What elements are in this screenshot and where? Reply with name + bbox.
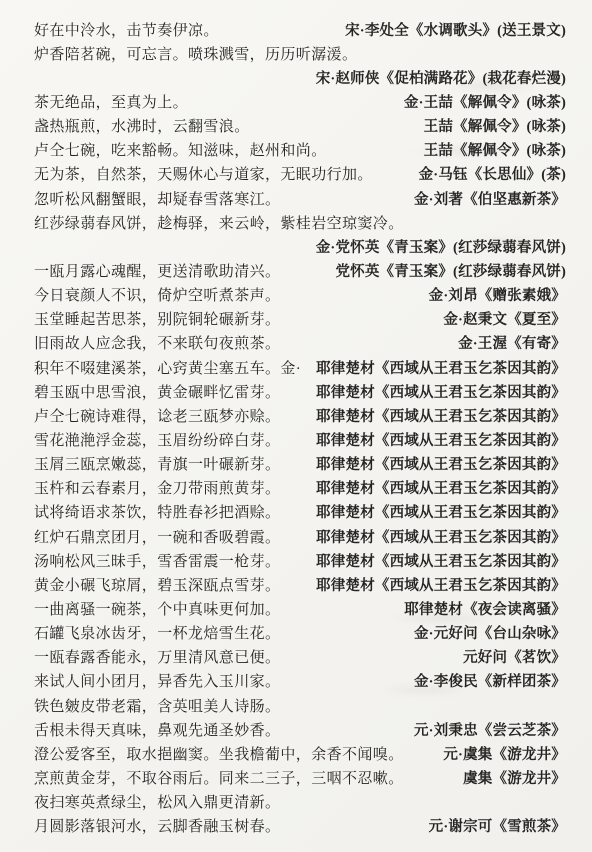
- poem-line-row: 今日衰颜人不识，倚炉空听煮茶声。金·刘昂《赠张素娥》: [34, 283, 566, 307]
- poem-text: 舌根未得天真味，鼻观先通圣妙香。: [34, 719, 280, 740]
- attribution-text: 宋·赵师侠《促柏满路花》(栽花春烂漫): [316, 67, 566, 88]
- poem-line-row: 玉堂睡起苦思茶，别院铜轮碾新芽。金·赵秉文《夏至》: [34, 307, 566, 331]
- attribution-text: 金·赵秉文《夏至》: [443, 308, 566, 329]
- poem-line-row: 金·党怀英《青玉案》(红莎绿蒻春风饼): [34, 234, 566, 258]
- attribution-text: 金·王渥《有寄》: [458, 332, 566, 353]
- attribution-text: 耶律楚材《西域从王君玉乞茶因其韵》: [316, 453, 566, 474]
- poem-text: 一瓯月露心魂醒，更送清歌助清兴。: [34, 260, 280, 281]
- poem-text: 茶无绝品，至真为上。: [34, 91, 188, 112]
- attribution-text: 耶律楚材《西域从王君玉乞茶因其韵》: [316, 381, 566, 402]
- attribution-text: 耶律楚材《西域从王君玉乞茶因其韵》: [316, 526, 566, 547]
- attribution-text: 耶律楚材《西域从王君玉乞茶因其韵》: [316, 477, 566, 498]
- attribution-text: 元好问《茗饮》: [463, 646, 566, 667]
- attribution-text: 元·虞集《游龙井》: [443, 743, 566, 764]
- poem-text: 积年不啜建溪茶，心窍黄尘塞五车。金·: [34, 357, 301, 378]
- attribution-text: 金·李俊民《新样团茶》: [414, 670, 566, 691]
- attribution-text: 耶律楚材《西域从王君玉乞茶因其韵》: [316, 550, 566, 571]
- poem-line-row: 忽听松风翻蟹眼，却疑春雪落寒江。金·刘著《伯坚惠新茶》: [34, 186, 566, 210]
- poem-text: 石罐飞泉冰齿牙，一杯龙焙雪生花。: [34, 622, 280, 643]
- attribution-text: 王喆《解佩令》(咏茶): [424, 139, 566, 160]
- poem-line-row: 铁色皴皮带老霜，含英咀美人诗肠。: [34, 693, 566, 717]
- poem-line-row: 来试人间小团月，异香先入玉川家。金·李俊民《新样团茶》: [34, 669, 566, 693]
- poem-line-row: 一瓯春露香能永，万里清风意已便。元好问《茗饮》: [34, 645, 566, 669]
- poem-line-row: 一瓯月露心魂醒，更送清歌助清兴。党怀英《青玉案》(红莎绿蒻春风饼): [34, 258, 566, 282]
- poem-text: 澄公爱客至，取水挹幽窦。坐我檐葡中，余香不闻嗅。: [34, 743, 404, 764]
- poem-line-row: 舌根未得天真味，鼻观先通圣妙香。元·刘秉忠《尝云芝茶》: [34, 717, 566, 741]
- poem-line-row: 月圆影落银河水，云脚香融玉树春。元·谢宗可《雪煎茶》: [34, 814, 566, 838]
- poem-line-row: 黄金小碾飞琼屑，碧玉深瓯点雪芽。耶律楚材《西域从王君玉乞茶因其韵》: [34, 572, 566, 596]
- poem-line-row: 无为茶，自然茶，天赐休心与道家，无眠功行加。金·马钰《长思仙》(茶): [34, 162, 566, 186]
- poem-text: 玉堂睡起苦思茶，别院铜轮碾新芽。: [34, 308, 280, 329]
- poem-text: 红莎绿蒻春风饼，趁梅驿，来云岭，紫桂岩空琼窦冷。: [34, 212, 404, 233]
- poem-text: 炉香陪茗碗，可忘言。喷珠溅雪，历历听潺湲。: [34, 43, 357, 64]
- poem-line-row: 卢仝七碗诗难得，谂老三瓯梦亦赊。耶律楚材《西域从王君玉乞茶因其韵》: [34, 403, 566, 427]
- poem-line-row: 好在中泠水，击节奏伊凉。宋·李处全《水调歌头》(送王景文): [34, 17, 566, 41]
- attribution-text: 金·元好问《台山杂咏》: [414, 622, 566, 643]
- poem-line-row: 碧玉瓯中思雪浪，黄金碾畔忆雷芽。耶律楚材《西域从王君玉乞茶因其韵》: [34, 379, 566, 403]
- poem-text: 旧雨故人应念我，不来联句夜煎茶。: [34, 332, 280, 353]
- poem-text: 来试人间小团月，异香先入玉川家。: [34, 670, 280, 691]
- poetry-quotation-list: 好在中泠水，击节奏伊凉。宋·李处全《水调歌头》(送王景文)炉香陪茗碗，可忘言。喷…: [34, 17, 566, 838]
- poem-text: 碧玉瓯中思雪浪，黄金碾畔忆雷芽。: [34, 381, 280, 402]
- poem-line-row: 石罐飞泉冰齿牙，一杯龙焙雪生花。金·元好问《台山杂咏》: [34, 621, 566, 645]
- attribution-text: 金·王喆《解佩令》(咏茶): [404, 91, 566, 112]
- attribution-text: 党怀英《青玉案》(红莎绿蒻春风饼): [335, 260, 566, 281]
- poem-line-row: 红莎绿蒻春风饼，趁梅驿，来云岭，紫桂岩空琼窦冷。: [34, 210, 566, 234]
- poem-line-row: 旧雨故人应念我，不来联句夜煎茶。金·王渥《有寄》: [34, 331, 566, 355]
- poem-line-row: 卢仝七碗，吃来豁畅。知滋味，赵州和尚。王喆《解佩令》(咏茶): [34, 138, 566, 162]
- poem-text: 试将绮语求茶饮，特胜春衫把酒赊。: [34, 501, 280, 522]
- attribution-text: 金·刘昂《赠张素娥》: [429, 284, 566, 305]
- poem-text: 好在中泠水，击节奏伊凉。: [34, 19, 219, 40]
- attribution-text: 耶律楚材《西域从王君玉乞茶因其韵》: [316, 429, 566, 450]
- attribution-text: 耶律楚材《西域从王君玉乞茶因其韵》: [316, 405, 566, 426]
- attribution-text: 金·刘著《伯坚惠新茶》: [414, 188, 566, 209]
- poem-line-row: 一曲离骚一碗茶，个中真味更何加。耶律楚材《夜会读离骚》: [34, 596, 566, 620]
- poem-text: 盏热瓶煎，水沸时，云翻雪浪。: [34, 115, 250, 136]
- attribution-text: 金·党怀英《青玉案》(红莎绿蒻春风饼): [316, 236, 566, 257]
- poem-text: 忽听松风翻蟹眼，却疑春雪落寒江。: [34, 188, 280, 209]
- poem-text: 烹煎黄金芽，不取谷雨后。同来二三子，三咽不忍嗽。: [34, 767, 404, 788]
- poem-text: 一曲离骚一碗茶，个中真味更何加。: [34, 598, 280, 619]
- poem-line-row: 积年不啜建溪茶，心窍黄尘塞五车。金·耶律楚材《西域从王君玉乞茶因其韵》: [34, 355, 566, 379]
- poem-line-row: 炉香陪茗碗，可忘言。喷珠溅雪，历历听潺湲。: [34, 41, 566, 65]
- poem-text: 汤响松风三昧手，雪香雷震一枪芽。: [34, 550, 280, 571]
- attribution-text: 元·谢宗可《雪煎茶》: [429, 815, 566, 836]
- poem-text: 玉屑三瓯烹嫩蕊，青旗一叶碾新芽。: [34, 453, 280, 474]
- poem-line-row: 夜扫寒英煮绿尘，松风入鼎更清新。: [34, 790, 566, 814]
- poem-line-row: 玉屑三瓯烹嫩蕊，青旗一叶碾新芽。耶律楚材《西域从王君玉乞茶因其韵》: [34, 452, 566, 476]
- poem-text: 雪花滟滟浮金蕊，玉眉纷纷碎白芽。: [34, 429, 280, 450]
- poem-text: 月圆影落银河水，云脚香融玉树春。: [34, 815, 280, 836]
- poem-line-row: 雪花滟滟浮金蕊，玉眉纷纷碎白芽。耶律楚材《西域从王君玉乞茶因其韵》: [34, 427, 566, 451]
- poem-text: 一瓯春露香能永，万里清风意已便。: [34, 646, 280, 667]
- poem-line-row: 茶无绝品，至真为上。金·王喆《解佩令》(咏茶): [34, 89, 566, 113]
- poem-text: 玉杵和云春素月，金刀带雨煎黄芽。: [34, 477, 280, 498]
- poem-line-row: 红炉石鼎烹团月，一碗和香吸碧霞。耶律楚材《西域从王君玉乞茶因其韵》: [34, 524, 566, 548]
- attribution-text: 虞集《游龙井》: [463, 767, 566, 788]
- poem-line-row: 试将绮语求茶饮，特胜春衫把酒赊。耶律楚材《西域从王君玉乞茶因其韵》: [34, 500, 566, 524]
- attribution-text: 王喆《解佩令》(咏茶): [424, 115, 566, 136]
- poem-text: 夜扫寒英煮绿尘，松风入鼎更清新。: [34, 791, 280, 812]
- poem-line-row: 烹煎黄金芽，不取谷雨后。同来二三子，三咽不忍嗽。虞集《游龙井》: [34, 765, 566, 789]
- poem-text: 铁色皴皮带老霜，含英咀美人诗肠。: [34, 695, 280, 716]
- attribution-text: 耶律楚材《西域从王君玉乞茶因其韵》: [316, 501, 566, 522]
- poem-text: 无为茶，自然茶，天赐休心与道家，无眠功行加。: [34, 163, 373, 184]
- poem-line-row: 汤响松风三昧手，雪香雷震一枪芽。耶律楚材《西域从王君玉乞茶因其韵》: [34, 548, 566, 572]
- poem-text: 卢仝七碗诗难得，谂老三瓯梦亦赊。: [34, 405, 280, 426]
- poem-line-row: 澄公爱客至，取水挹幽窦。坐我檐葡中，余香不闻嗅。元·虞集《游龙井》: [34, 741, 566, 765]
- poem-line-row: 玉杵和云春素月，金刀带雨煎黄芽。耶律楚材《西域从王君玉乞茶因其韵》: [34, 476, 566, 500]
- poem-text: 今日衰颜人不识，倚炉空听煮茶声。: [34, 284, 280, 305]
- attribution-text: 金·马钰《长思仙》(茶): [419, 163, 566, 184]
- poem-line-row: 盏热瓶煎，水沸时，云翻雪浪。王喆《解佩令》(咏茶): [34, 114, 566, 138]
- poem-text: 红炉石鼎烹团月，一碗和香吸碧霞。: [34, 526, 280, 547]
- poem-text: 黄金小碾飞琼屑，碧玉深瓯点雪芽。: [34, 574, 280, 595]
- poem-text: 卢仝七碗，吃来豁畅。知滋味，赵州和尚。: [34, 139, 327, 160]
- attribution-text: 耶律楚材《西域从王君玉乞茶因其韵》: [316, 357, 566, 378]
- poem-line-row: 宋·赵师侠《促柏满路花》(栽花春烂漫): [34, 65, 566, 89]
- attribution-text: 宋·李处全《水调歌头》(送王景文): [345, 19, 566, 40]
- attribution-text: 耶律楚材《西域从王君玉乞茶因其韵》: [316, 574, 566, 595]
- book-page: 好在中泠水，击节奏伊凉。宋·李处全《水调歌头》(送王景文)炉香陪茗碗，可忘言。喷…: [0, 0, 592, 852]
- attribution-text: 元·刘秉忠《尝云芝茶》: [414, 719, 566, 740]
- attribution-text: 耶律楚材《夜会读离骚》: [404, 598, 566, 619]
